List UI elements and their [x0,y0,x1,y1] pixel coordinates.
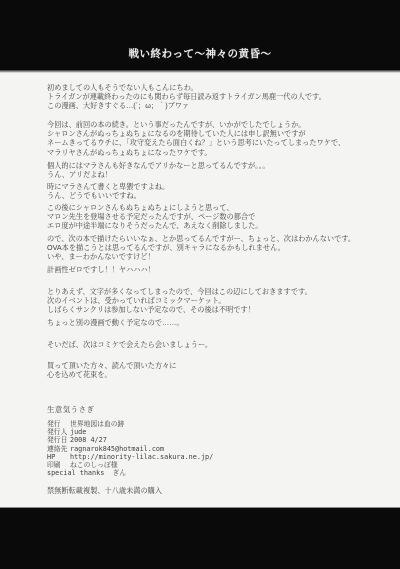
body-line: 今回は、前回の本の続き。という事だったんですが、いかがでしたでしょうか。 [47,120,345,129]
credit-value: http://minority-lilac.sakura.ne.jp/ [70,453,213,461]
body-line: ので、次の本で描けたらいいなぁ、とか思ってるんですがー、ちょっと、次はわかんない… [47,234,355,243]
credit-row-printer: 印刷ねこのしっぽ様 [47,461,213,469]
body-line: とりあえず、文字が多くなってしまったので、今回はこの辺にしておきますです。 [47,287,312,296]
body-line: マロン先生を登場させる予定だったんですが、ページ数の都合で [47,212,262,221]
credit-row-date: 発行日2008 4/27 [47,436,213,444]
footer-bar [0,507,400,569]
paragraph-aside: 時にマラさんて書くと卑猥ですよね。 うん、どうでもいいですね。 [47,182,169,200]
title-bar-fade [0,70,400,73]
body-line: 初めましての人もそうでない人もこんにちわ。 [47,83,326,92]
body-line: うん、アリだよね！ [47,170,270,179]
body-line: そいだば、次はコミケで会えたら会いましょうー。 [47,340,212,349]
paragraph-opinion: 個人的にはマラさんも好きなんでアリかなーと思ってるんですが。。。 うん、アリだよ… [47,161,270,179]
colophon: 発行世界地図は血の跡 発行人jude 発行日2008 4/27 連絡先ragna… [47,420,213,477]
credit-value: ねこのしっぽ様 [70,461,118,469]
credit-row-homepage: HPhttp://minority-lilac.sakura.ne.jp/ [47,453,213,461]
credit-label: special thanks [47,469,104,477]
paragraph-next-book: ので、次の本で描けたらいいなぁ、とか思ってるんですがー、ちょっと、次はわかんない… [47,234,355,262]
body-line: この漫画、大好きすぐる…(´；ω；｀)ブワァ [47,101,326,110]
credit-row-special-thanks: special thanks ぎん [47,469,213,477]
body-line: ネームきってるウチに、「攻守変えたら面白くね？」という思考にいたってしまったワケ… [47,138,345,147]
credit-value: 世界地図は血の跡 [70,420,124,428]
paragraph-joke: 計画性ゼロですし！！ヤハハハ！ [47,265,155,274]
body-line: トライガンが連載終わったのにも関わらず毎日読み返すトライガン馬鹿一代の人です。 [47,92,326,101]
credit-label: 発行日 [47,436,70,444]
body-line: この後にシャロンさんもぬちょぬちょにしようと思って、 [47,203,262,212]
credit-label: 連絡先 [47,445,70,453]
paragraph-thanks: 買って頂いた方々、読んで頂いた方々に 心を込めて花束を。 [47,361,176,379]
body-line: マラリヤさんがぬっちょぬちょになったワケです。 [47,148,345,157]
body-line: 次のイベントは、受かっていればコミックマーケット。 [47,296,312,305]
paragraph-other-plans: ちょっと別の漫画で動く予定なので……。 [47,318,184,327]
body-line: シャロンさんがぬっちょぬちょになるのを期待していた人には申し訳無いですが [47,129,345,138]
body-line: しばらくサンクリは参加しない予定なので、その後は不明です！ [47,305,312,314]
author-name: 生意気うさぎ [47,404,94,415]
credit-row-publisher: 発行世界地図は血の跡 [47,420,213,428]
body-line: OVA本を描こうとは思ってるんですが、別キャラになるかもしれません。 [47,243,355,252]
credit-label: 印刷 [47,461,70,469]
page-title: 戦い終わって～神々の黄昏～ [0,46,400,61]
paragraph-about-book: 今回は、前回の本の続き。という事だったんですが、いかがでしたでしょうか。 シャロ… [47,120,345,157]
paragraph-farewell: そいだば、次はコミケで会えたら会いましょうー。 [47,340,212,349]
credit-value: 2008 4/27 [70,436,107,444]
body-line: ちょっと別の漫画で動く予定なので……。 [47,318,184,327]
credit-value: ぎん [112,469,126,477]
body-line: 時にマラさんて書くと卑猥ですよね。 [47,182,169,191]
title-bar: 戦い終わって～神々の黄昏～ [0,0,400,70]
credit-value: jude [70,428,86,436]
body-line: 計画性ゼロですし！！ヤハハハ！ [47,265,155,274]
body-line: 買って頂いた方々、読んで頂いた方々に [47,361,176,370]
copyright-disclaimer: 禁無断転載複製、十八歳未満の購入 [47,486,162,496]
body-line: いや、まーわかんないですけど！ [47,252,355,261]
paragraph-cut-content: この後にシャロンさんもぬちょぬちょにしようと思って、 マロン先生を登場させる予定… [47,203,262,231]
body-line: エロ度が中途半端になりそうだったんで、あえなく削除しました。 [47,221,262,230]
body-line: 個人的にはマラさんも好きなんでアリかなーと思ってるんですが。。。 [47,161,270,170]
credit-label: HP [47,453,70,461]
afterword-page: 戦い終わって～神々の黄昏～ 初めましての人もそうでない人もこんにちわ。 トライガ… [0,0,400,569]
credit-label: 発行 [47,420,70,428]
paragraph-events: とりあえず、文字が多くなってしまったので、今回はこの辺にしておきますです。 次の… [47,287,312,315]
credit-value: ragnarok845@hotmail.com [70,445,164,453]
body-line: 心を込めて花束を。 [47,370,176,379]
body-line: うん、どうでもいいですね。 [47,191,169,200]
credit-row-contact: 連絡先ragnarok845@hotmail.com [47,445,213,453]
paragraph-greeting: 初めましての人もそうでない人もこんにちわ。 トライガンが連載終わったのにも関わら… [47,83,326,111]
